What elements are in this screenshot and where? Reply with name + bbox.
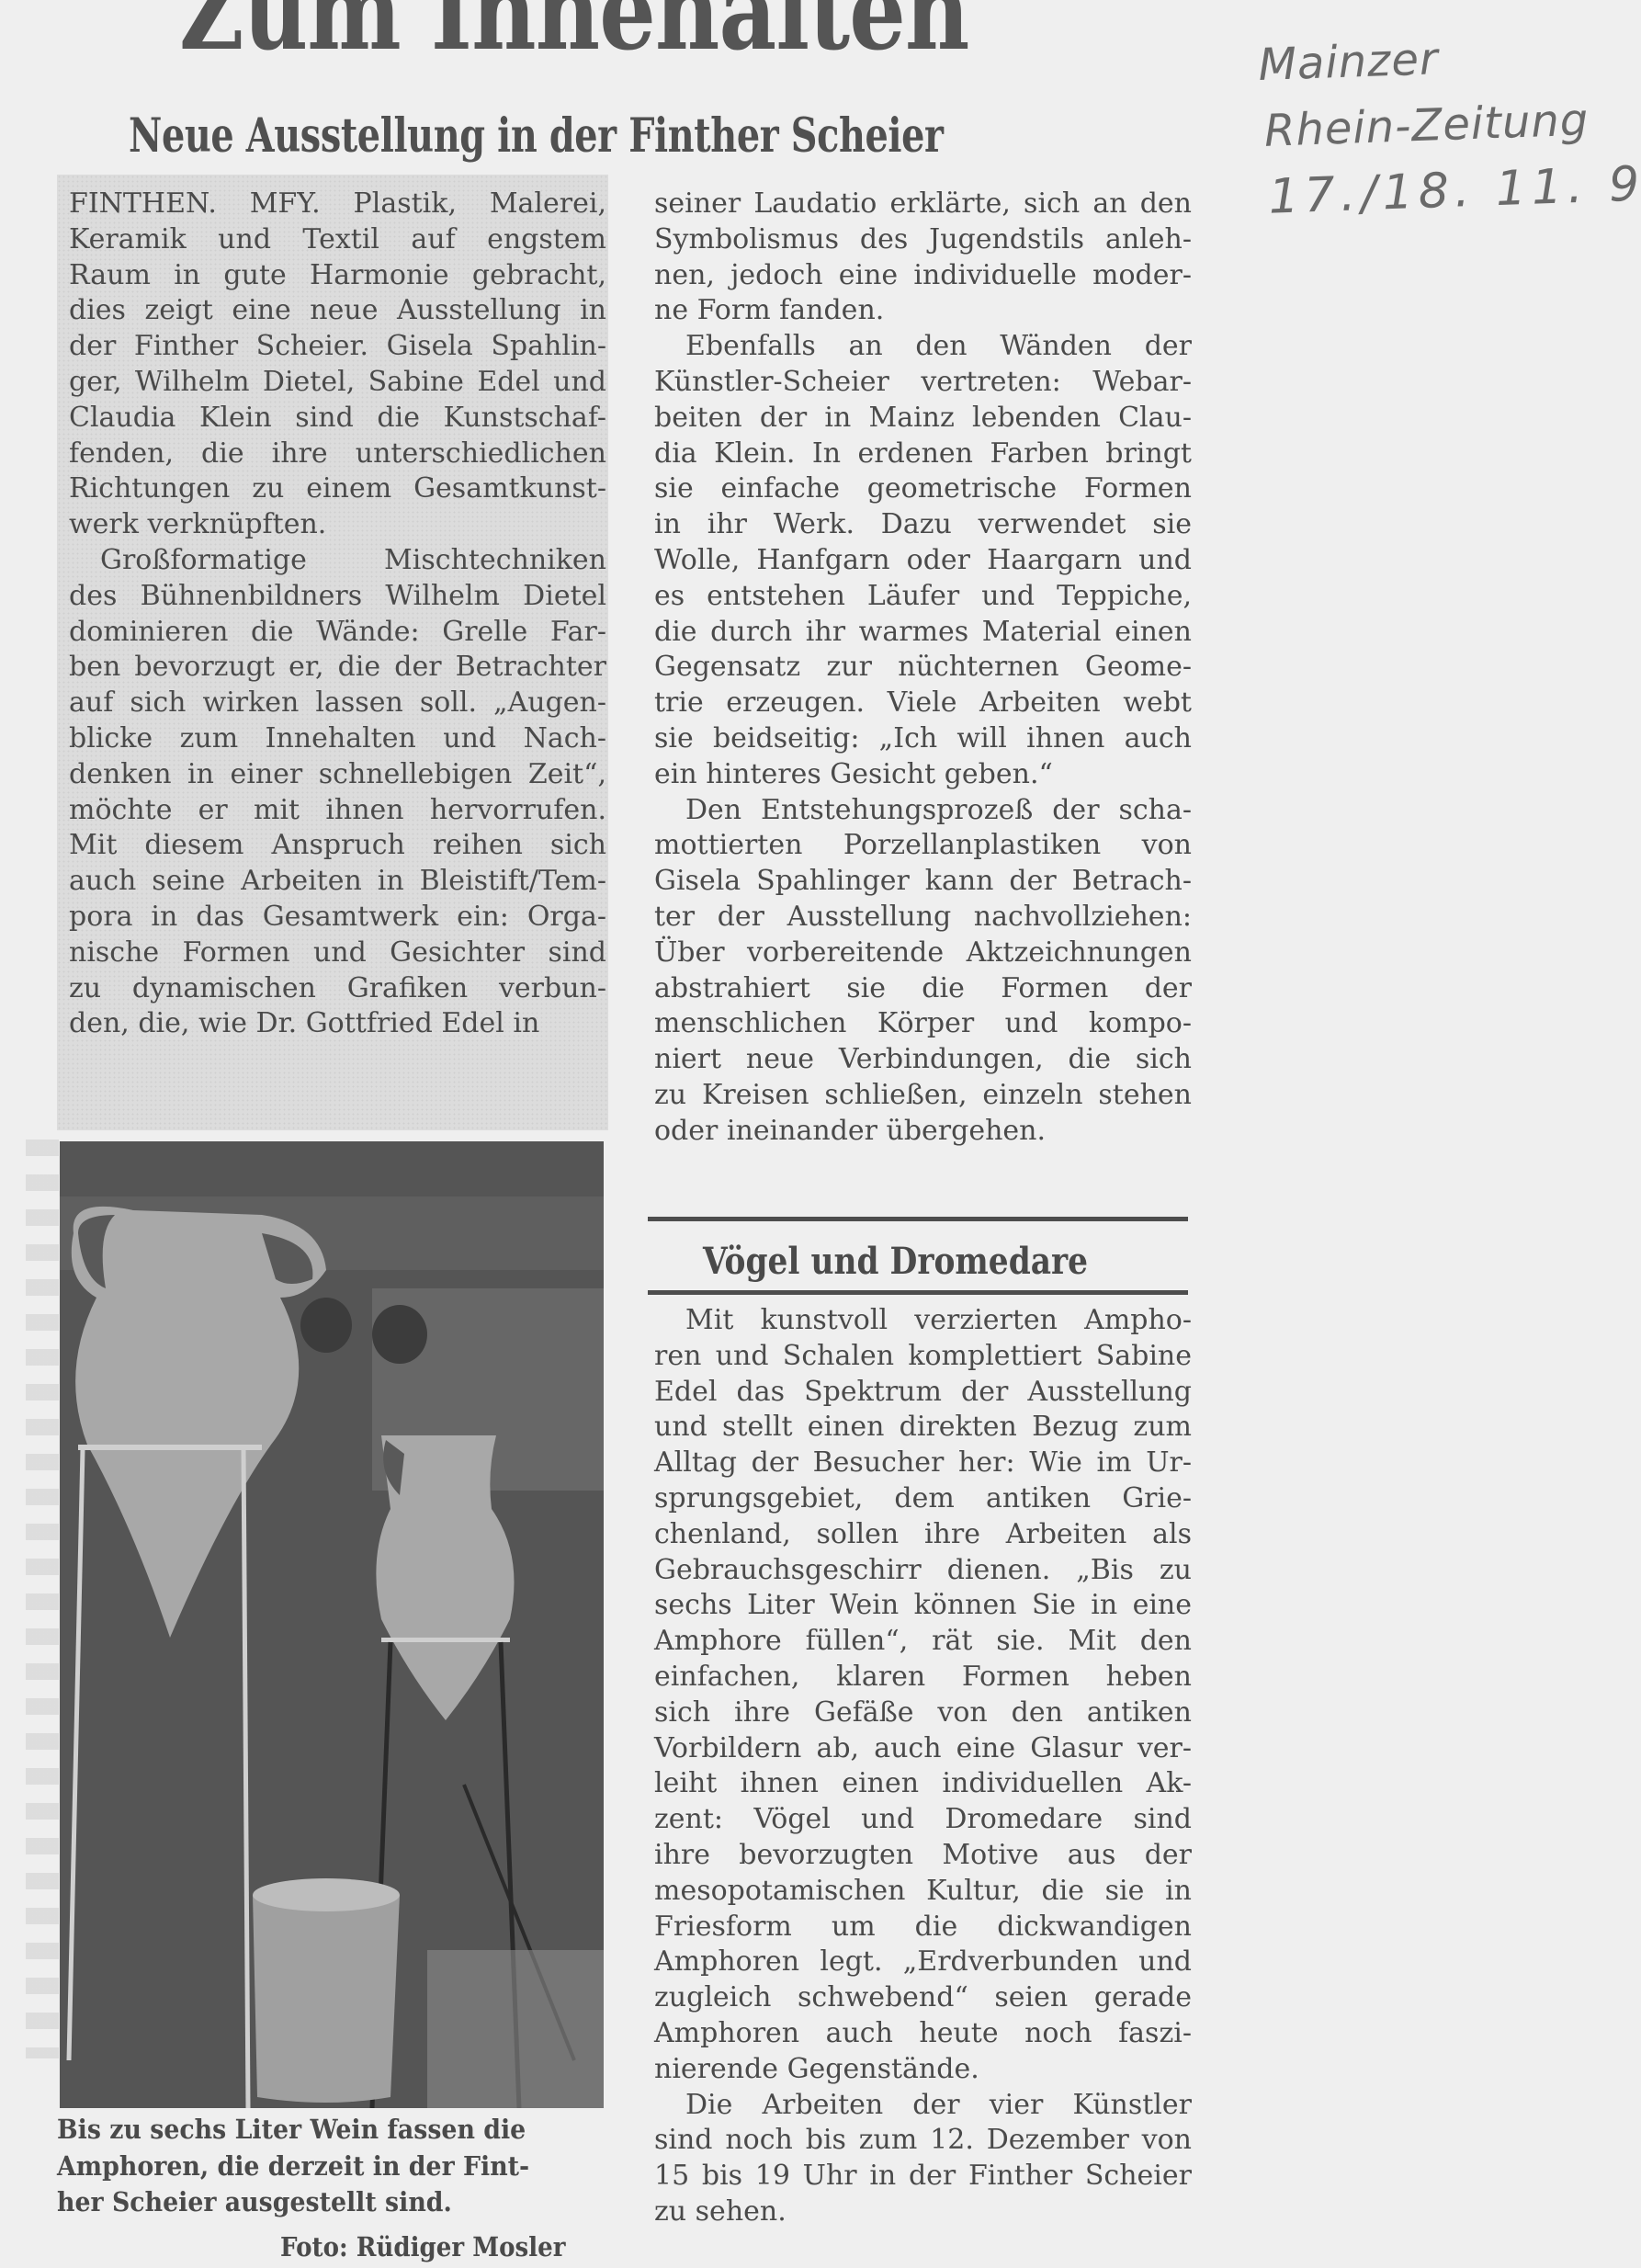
text-line: abstrahiert sie die Formen der: [654, 971, 1192, 1007]
bleed-through-text: [26, 1140, 59, 2058]
text-line: auch seine Arbeiten in Bleistift/Tem-: [69, 864, 606, 900]
text-line: Über vorbereitende Aktzeichnungen: [654, 936, 1192, 971]
text-line: der Finther Scheier. Gisela Spahlin-: [69, 329, 606, 365]
text-line: Raum in gute Harmonie gebracht,: [69, 258, 606, 294]
text-line: Amphoren legt. „Erdverbunden und: [654, 1945, 1192, 1980]
paragraph: Mit kunstvoll verzierten Ampho-ren und S…: [654, 1303, 1192, 2088]
text-line: Ebenfalls an den Wänden der: [654, 329, 1192, 365]
text-line: sie beidseitig: „Ich will ihnen auch: [654, 721, 1192, 757]
text-line: denken in einer schnellebigen Zeit“,: [69, 757, 606, 793]
section-heading: Vögel und Dromedare: [703, 1239, 1114, 1285]
text-line: sich ihre Gefäße von den antiken: [654, 1695, 1192, 1731]
text-line: blicke zum Innehalten und Nach-: [69, 721, 606, 757]
caption-line: her Scheier ausgestellt sind.: [57, 2184, 575, 2221]
text-line: mesopotamischen Kultur, die sie in: [654, 1874, 1192, 1910]
text-line: oder ineinander übergehen.: [654, 1114, 1192, 1150]
text-line: und stellt einen direkten Bezug zum: [654, 1410, 1192, 1446]
text-line: fenden, die ihre unterschiedlichen: [69, 437, 606, 472]
text-line: Symbolismus des Jugendstils anleh-: [654, 222, 1192, 258]
paragraph: FINTHEN. MFY. Plastik, Malerei,Keramik u…: [69, 187, 606, 543]
text-line: Amphore füllen“, rät sie. Mit den: [654, 1624, 1192, 1660]
text-line: Mit kunstvoll verzierten Ampho-: [654, 1303, 1192, 1339]
text-line: ben bevorzugt er, die der Betrachter: [69, 650, 606, 686]
text-line: seiner Laudatio erklärte, sich an den: [654, 187, 1192, 222]
text-line: zu dynamischen Grafiken verbun-: [69, 971, 606, 1007]
text-line: Vorbildern ab, auch eine Glasur ver-: [654, 1731, 1192, 1767]
text-line: sprungsgebiet, dem antiken Grie-: [654, 1481, 1192, 1517]
left-column: FINTHEN. MFY. Plastik, Malerei,Keramik u…: [69, 187, 606, 1042]
text-line: Richtungen zu einem Gesamtkunst-: [69, 471, 606, 507]
text-line: zent: Vögel und Dromedare sind: [654, 1802, 1192, 1838]
text-line: Gisela Spahlinger kann der Betrach-: [654, 864, 1192, 900]
text-line: auf sich wirken lassen soll. „Augen-: [69, 686, 606, 721]
text-line: mottierten Porzellanplastiken von: [654, 828, 1192, 864]
text-line: dia Klein. In erdenen Farben bringt: [654, 437, 1192, 472]
handwritten-source-note: Mainzer Rhein-Zeitung 17./18. 11. 92: [1257, 19, 1631, 231]
text-line: Keramik und Textil auf engstem: [69, 222, 606, 258]
text-line: in ihr Werk. Dazu verwendet sie: [654, 507, 1192, 543]
text-line: es entstehen Läufer und Teppiche,: [654, 579, 1192, 615]
text-line: die durch ihr warmes Material einen: [654, 615, 1192, 651]
text-line: ter der Ausstellung nachvollziehen:: [654, 900, 1192, 936]
section-rule-bottom: [648, 1290, 1188, 1295]
text-line: Gegensatz zur nüchternen Geome-: [654, 650, 1192, 686]
text-line: FINTHEN. MFY. Plastik, Malerei,: [69, 187, 606, 222]
text-line: ein hinteres Gesicht geben.“: [654, 757, 1192, 793]
text-line: Friesform um die dickwandigen: [654, 1910, 1192, 1945]
text-line: pora in das Gesamtwerk ein: Orga-: [69, 900, 606, 936]
text-line: Claudia Klein sind die Kunstschaf-: [69, 401, 606, 437]
text-line: nierende Gegenstände.: [654, 2052, 1192, 2088]
text-line: des Bühnenbildners Wilhelm Dietel: [69, 579, 606, 615]
amphorae-photo: [60, 1141, 604, 2108]
text-line: nische Formen und Gesichter sind: [69, 936, 606, 971]
text-line: Alltag der Besucher her: Wie im Ur-: [654, 1446, 1192, 1481]
text-line: zu sehen.: [654, 2194, 1192, 2230]
text-line: zugleich schwebend“ seien gerade: [654, 1980, 1192, 2016]
text-line: möchte er mit ihnen hervorrufen.: [69, 793, 606, 829]
caption-line: Amphoren, die derzeit in der Fint-: [57, 2149, 575, 2185]
article-subheadline: Neue Ausstellung in der Finther Scheier: [129, 108, 1060, 164]
text-line: nen, jedoch eine individuelle moder-: [654, 258, 1192, 294]
text-line: leiht ihnen einen individuellen Ak-: [654, 1766, 1192, 1802]
amphorae-illustration: [60, 1141, 604, 2108]
right-column: seiner Laudatio erklärte, sich an denSym…: [654, 187, 1192, 1150]
text-line: Edel das Spektrum der Ausstellung: [654, 1375, 1192, 1411]
text-line: dominieren die Wände: Grelle Far-: [69, 615, 606, 651]
text-line: Gebrauchsgeschirr dienen. „Bis zu: [654, 1553, 1192, 1589]
text-line: Die Arbeiten der vier Künstler: [654, 2088, 1192, 2124]
paragraph: Ebenfalls an den Wänden derKünstler-Sche…: [654, 329, 1192, 792]
caption-line: Bis zu sechs Liter Wein fassen die: [57, 2112, 575, 2149]
text-line: sind noch bis zum 12. Dezember von: [654, 2123, 1192, 2159]
text-line: sechs Liter Wein können Sie in eine: [654, 1588, 1192, 1624]
text-line: menschlichen Körper und kompo-: [654, 1006, 1192, 1042]
newspaper-clipping: Zum Innehalten Neue Ausstellung in der F…: [0, 0, 1641, 2268]
text-line: trie erzeugen. Viele Arbeiten webt: [654, 686, 1192, 721]
handwritten-line: Rhein-Zeitung: [1263, 85, 1629, 164]
text-line: Wolle, Hanfgarn oder Haargarn und: [654, 543, 1192, 579]
text-line: Den Entstehungsprozeß der scha-: [654, 793, 1192, 829]
photo-caption: Bis zu sechs Liter Wein fassen die Ampho…: [57, 2112, 575, 2221]
section-body: Mit kunstvoll verzierten Ampho-ren und S…: [654, 1303, 1192, 2230]
paragraph: Den Entstehungsprozeß der scha-mottierte…: [654, 793, 1192, 1150]
text-line: ihre bevorzugten Motive aus der: [654, 1838, 1192, 1874]
text-line: Amphoren auch heute noch faszi-: [654, 2016, 1192, 2052]
text-line: werk verknüpften.: [69, 507, 606, 543]
text-line: ren und Schalen komplettiert Sabine: [654, 1339, 1192, 1375]
text-line: Künstler-Scheier vertreten: Webar-: [654, 365, 1192, 401]
text-line: niert neue Verbindungen, die sich: [654, 1042, 1192, 1078]
text-line: sie einfache geometrische Formen: [654, 471, 1192, 507]
article-headline: Zum Innehalten: [179, 0, 933, 75]
text-line: beiten der in Mainz lebenden Clau-: [654, 401, 1192, 437]
text-line: 15 bis 19 Uhr in der Finther Scheier: [654, 2159, 1192, 2194]
section-rule-top: [648, 1217, 1188, 1221]
photo-credit: Foto: Rüdiger Mosler: [280, 2228, 565, 2265]
text-line: einfachen, klaren Formen heben: [654, 1660, 1192, 1695]
text-line: dies zeigt eine neue Ausstellung in: [69, 293, 606, 329]
paragraph: seiner Laudatio erklärte, sich an denSym…: [654, 187, 1192, 329]
text-line: chenland, sollen ihre Arbeiten als: [654, 1517, 1192, 1553]
paragraph: Großformatige Mischtechnikendes Bühnenbi…: [69, 543, 606, 1042]
text-line: ger, Wilhelm Dietel, Sabine Edel und: [69, 365, 606, 401]
text-line: zu Kreisen schließen, einzeln stehen: [654, 1078, 1192, 1114]
paragraph: Die Arbeiten der vier Künstlersind noch …: [654, 2088, 1192, 2230]
handwritten-date: 17./18. 11. 92: [1267, 152, 1631, 231]
handwritten-line: Mainzer: [1257, 19, 1626, 98]
text-line: Großformatige Mischtechniken: [69, 543, 606, 579]
text-line: ne Form fanden.: [654, 293, 1192, 329]
text-line: den, die, wie Dr. Gottfried Edel in: [69, 1006, 606, 1042]
text-line: Mit diesem Anspruch reihen sich: [69, 828, 606, 864]
